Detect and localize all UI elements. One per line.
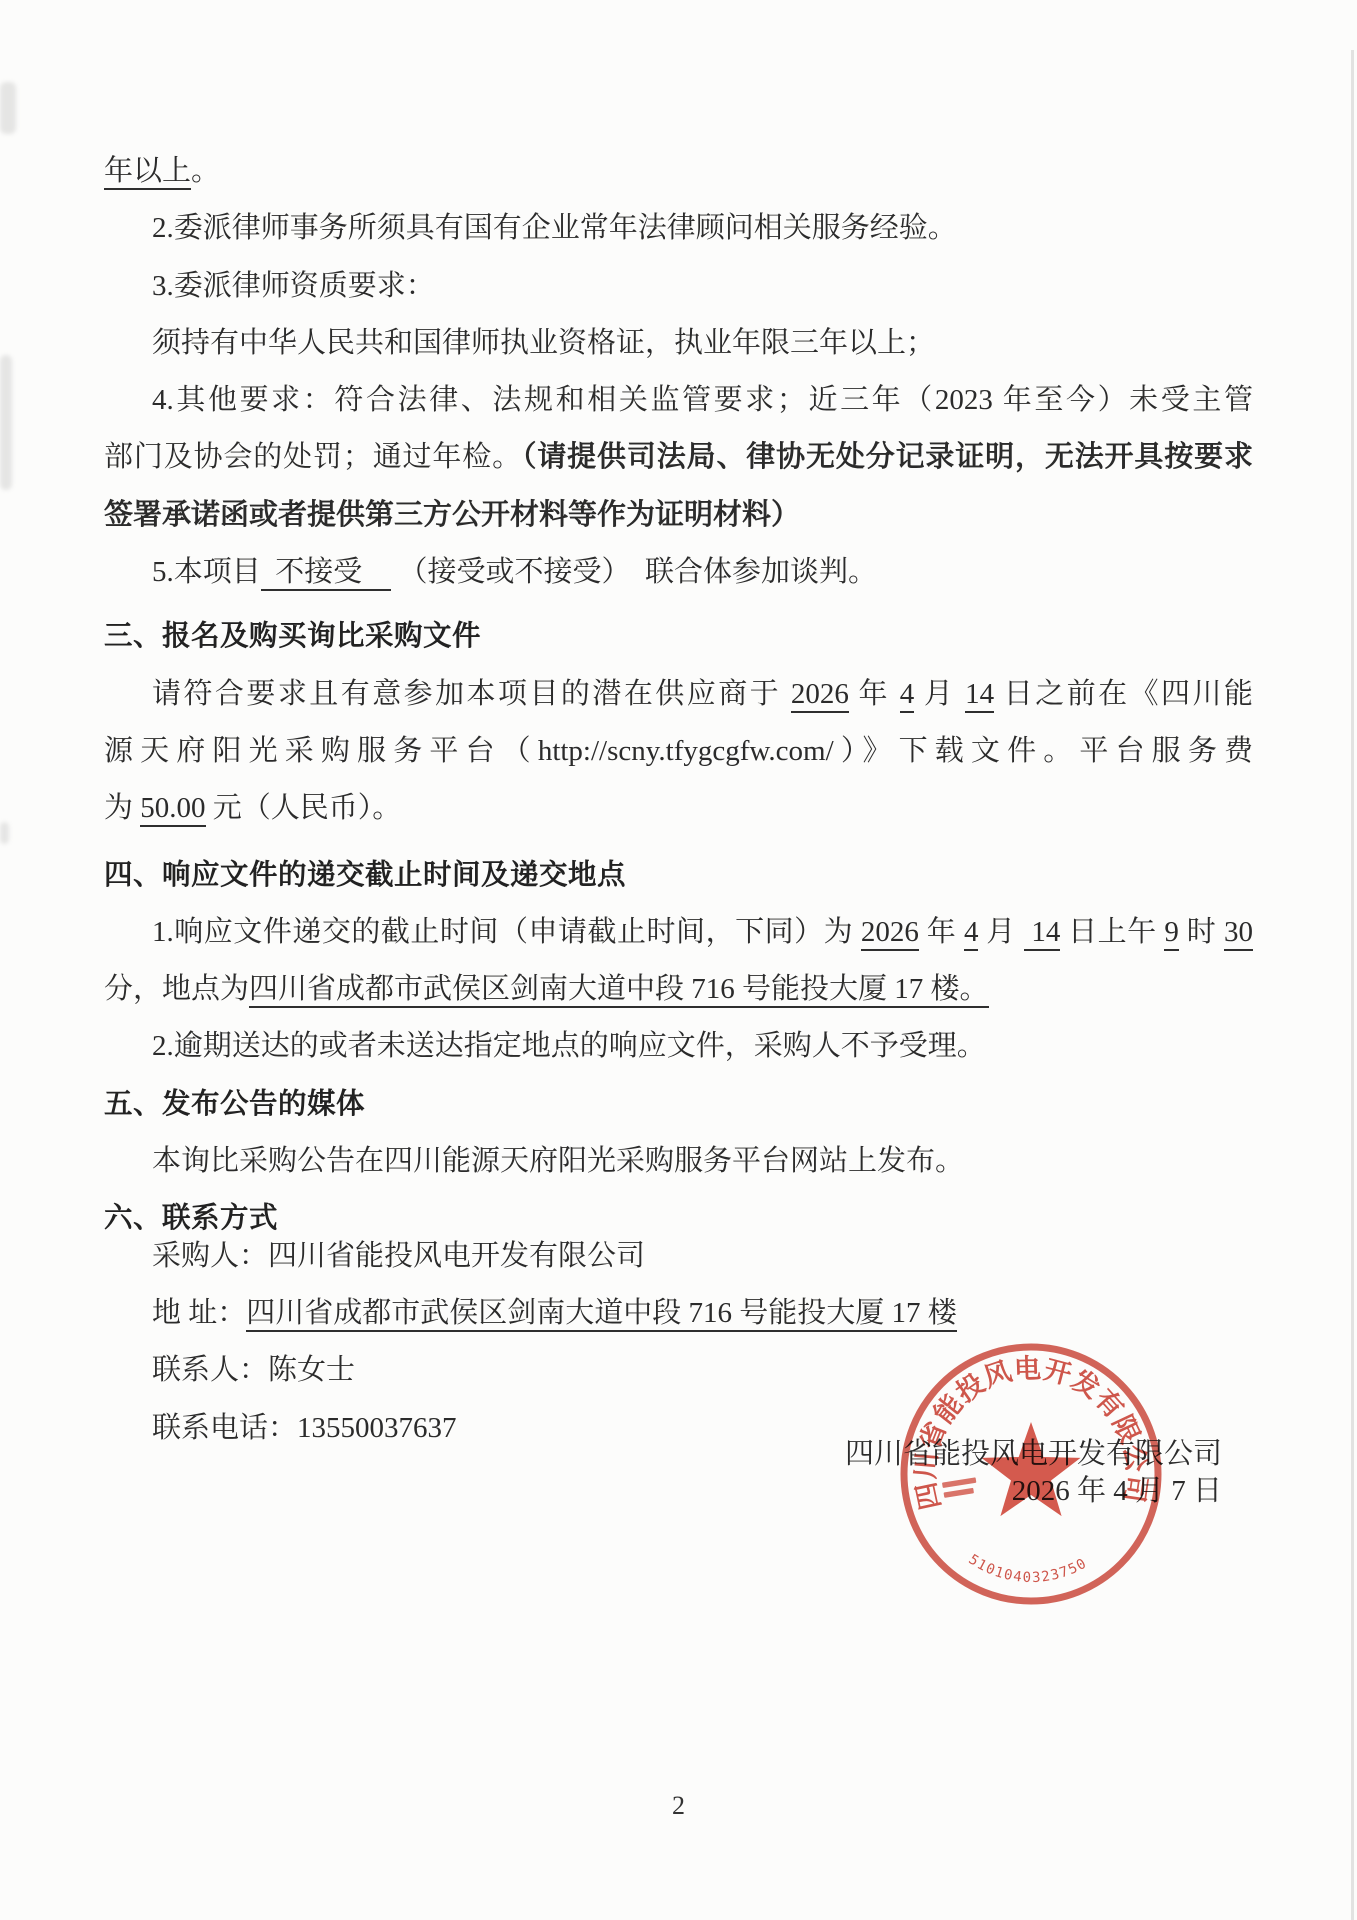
- section-4-clause-2: 2.逾期送达的或者未送达指定地点的响应文件，采购人不予受理。: [104, 1018, 1253, 1075]
- text-segment: 日之前在《四川能: [994, 678, 1253, 710]
- text-segment: 五、发布公告的媒体: [104, 1088, 365, 1120]
- text-segment: 源天府阳光采购服务平台（http://scny.tfygcgfw.com/）》下…: [104, 735, 1253, 767]
- clause-5: 5.本项目 不接受 （接受或不接受） 联合体参加谈判。: [104, 544, 1253, 601]
- text-segment: 3.委派律师资质要求：: [152, 270, 435, 302]
- clause-3-detail: 须持有中华人民共和国律师执业资格证，执业年限三年以上；: [104, 315, 1253, 372]
- section-3-line-1: 请符合要求且有意参加本项目的潜在供应商于 2026 年 4 月 14 日之前在《…: [104, 666, 1253, 723]
- text-segment: 2026: [791, 678, 849, 713]
- text-segment: 三、报名及购买询比采购文件: [104, 620, 481, 652]
- seal-serial-number: 5101040323750: [966, 1552, 1091, 1586]
- text-segment: 联合体参加谈判。: [631, 556, 878, 588]
- text-segment: 。: [191, 155, 220, 187]
- scan-edge-artifact: [1351, 50, 1354, 1920]
- section-3-line-2: 源天府阳光采购服务平台（http://scny.tfygcgfw.com/）》下…: [104, 723, 1253, 780]
- text-segment: 14: [965, 678, 994, 713]
- text-segment: 本询比采购公告在四川能源天府阳光采购服务平台网站上发布。: [152, 1145, 964, 1177]
- section-4-line-1: 1.响应文件递交的截止时间（申请截止时间，下同）为 2026 年 4 月 14 …: [104, 904, 1253, 961]
- text-segment: （接受或不接受）: [391, 556, 630, 588]
- text-segment: 14: [1024, 916, 1061, 951]
- text-segment: 日上午: [1060, 916, 1164, 948]
- section-5-heading: 五、发布公告的媒体: [104, 1076, 1253, 1133]
- text-segment: 不接受: [261, 556, 392, 591]
- text-segment: 采购人：四川省能投风电开发有限公司: [152, 1240, 645, 1272]
- section-4-heading: 四、响应文件的递交截止时间及递交地点: [104, 847, 1253, 904]
- scan-artifact: [0, 82, 16, 134]
- text-segment: 须持有中华人民共和国律师执业资格证，执业年限三年以上；: [152, 327, 935, 359]
- scan-artifact: [0, 355, 12, 490]
- svg-text:5101040323750: 5101040323750: [966, 1552, 1091, 1586]
- text-segment: 四川省成都市武侯区剑南大道中段 716 号能投大厦 17 楼。: [249, 973, 989, 1008]
- text-segment: 联系人：陈女士: [152, 1354, 355, 1386]
- text-segment: 4: [900, 678, 915, 713]
- text-segment: 年: [849, 678, 900, 710]
- text-segment: 2.逾期送达的或者未送达指定地点的响应文件，采购人不予受理。: [152, 1030, 986, 1062]
- page: 年以上。2.委派律师事务所须具有国有企业常年法律顾问相关服务经验。3.委派律师资…: [0, 0, 1357, 1920]
- clause-3: 3.委派律师资质要求：: [104, 258, 1253, 315]
- clause-1-continuation: 年以上。: [104, 143, 1253, 200]
- clause-4-line-3: 签署承诺函或者提供第三方公开材料等作为证明材料）: [104, 487, 1253, 544]
- text-segment: 4.其他要求：符合法律、法规和相关监管要求；近三年（2023 年至今）未受主管: [152, 384, 1253, 416]
- section-4-line-2: 分，地点为四川省成都市武侯区剑南大道中段 716 号能投大厦 17 楼。: [104, 961, 1253, 1018]
- text-segment: （请提供司法局、律协无处分记录证明，无法开具按要求: [522, 441, 1253, 473]
- text-segment: 签署承诺函或者提供第三方公开材料等作为证明材料）: [104, 499, 800, 531]
- text-segment: 时: [1179, 916, 1224, 948]
- seal-star-icon: [982, 1422, 1081, 1516]
- text-segment: 月: [914, 678, 965, 710]
- section-3-line-3: 为 50.00 元（人民币）。: [104, 780, 1253, 837]
- clause-4-line-1: 4.其他要求：符合法律、法规和相关监管要求；近三年（2023 年至今）未受主管: [104, 372, 1253, 429]
- section-3-heading: 三、报名及购买询比采购文件: [104, 608, 1253, 665]
- official-seal: 四川省能投风电开发有限公司 5101040323750: [893, 1336, 1169, 1612]
- text-segment: 4: [964, 916, 979, 951]
- text-segment: 联系电话：13550037637: [152, 1412, 457, 1444]
- text-segment: 年: [919, 916, 964, 948]
- text-segment: 元（人民币）。: [206, 792, 402, 824]
- text-segment: 30: [1224, 916, 1253, 951]
- contact-purchaser: 采购人：四川省能投风电开发有限公司: [104, 1228, 1253, 1285]
- text-segment: 为: [104, 792, 140, 824]
- text-segment: 月: [978, 916, 1023, 948]
- contact-address: 地 址：四川省成都市武侯区剑南大道中段 716 号能投大厦 17 楼: [104, 1285, 1253, 1342]
- text-segment: 2.委派律师事务所须具有国有企业常年法律顾问相关服务经验。: [152, 212, 957, 244]
- text-segment: 5.本项目: [152, 556, 261, 588]
- text-segment: 四、响应文件的递交截止时间及递交地点: [104, 859, 626, 891]
- text-segment: 部门及协会的处罚；通过年检。: [104, 441, 522, 473]
- text-segment: 分，地点为: [104, 973, 249, 1005]
- section-5-line-1: 本询比采购公告在四川能源天府阳光采购服务平台网站上发布。: [104, 1133, 1253, 1190]
- text-segment: 1.响应文件递交的截止时间（申请截止时间，下同）为: [152, 916, 861, 948]
- clause-2: 2.委派律师事务所须具有国有企业常年法律顾问相关服务经验。: [104, 200, 1253, 257]
- text-segment: 请符合要求且有意参加本项目的潜在供应商于: [152, 678, 791, 710]
- document-body: 年以上。2.委派律师事务所须具有国有企业常年法律顾问相关服务经验。3.委派律师资…: [104, 143, 1253, 1457]
- text-segment: 年以上: [104, 155, 191, 190]
- text-segment: 地 址：: [152, 1297, 246, 1329]
- clause-4-line-2: 部门及协会的处罚；通过年检。（请提供司法局、律协无处分记录证明，无法开具按要求: [104, 429, 1253, 486]
- text-segment: 2026: [861, 916, 919, 951]
- seal-microtext: [942, 1477, 978, 1498]
- scan-artifact: [0, 822, 9, 844]
- page-number: 2: [0, 1791, 1357, 1821]
- text-segment: 四川省成都市武侯区剑南大道中段 716 号能投大厦 17 楼: [246, 1297, 957, 1332]
- text-segment: 9: [1164, 916, 1179, 951]
- text-segment: 50.00: [140, 792, 205, 827]
